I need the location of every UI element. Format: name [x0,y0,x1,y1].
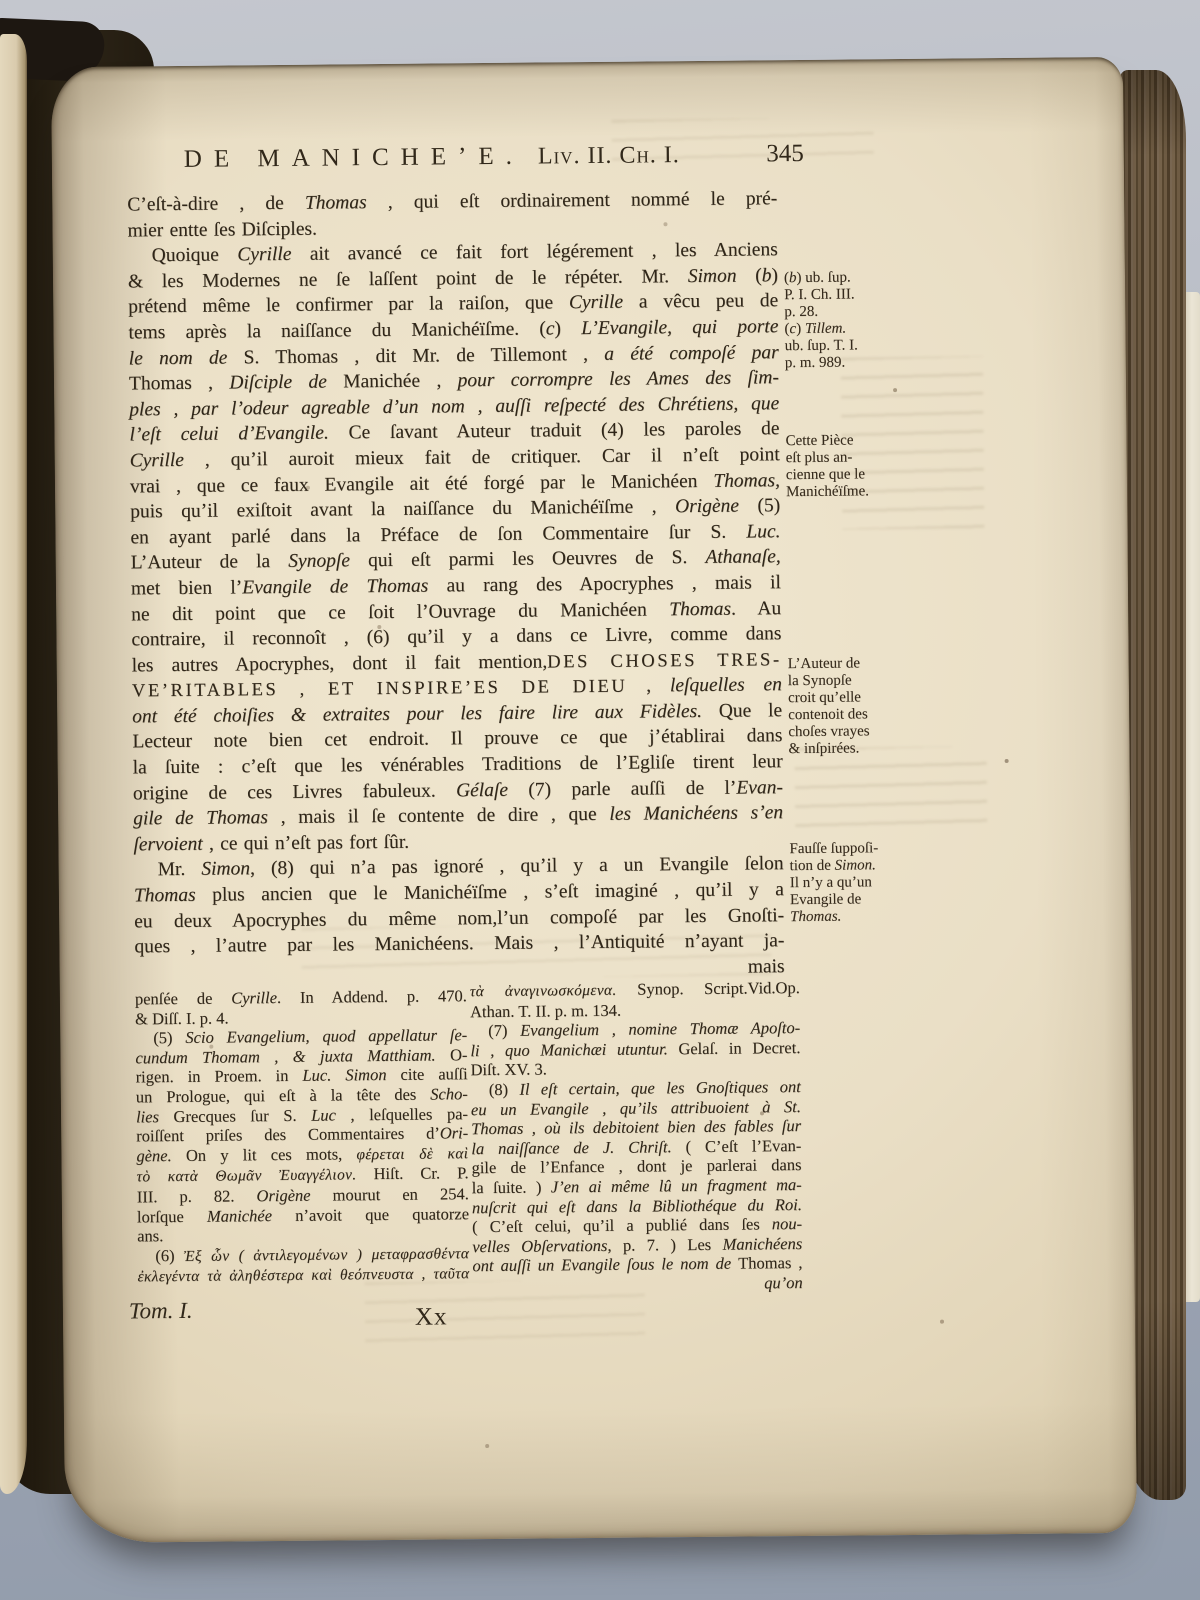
text-line: eſt plus an- [786,449,920,467]
page-content: DE MANICHE’E. Liv. II. Ch. I. 345 C’eſt-… [51,57,1137,1543]
text-line: L’Auteur de [788,655,922,673]
margin-note: Cette Pièceeſt plus an-cienne que leMani… [785,432,920,501]
text-line: Cette Pièce [785,432,919,450]
text-line: penſée de Cyrille. In Addend. p. 470. [135,986,467,1009]
book-photograph: DE MANICHE’E. Liv. II. Ch. I. 345 C’eſt-… [0,0,1200,1600]
text-line: li , quo Manichæi utuntur. Gelaſ. in Dec… [470,1038,800,1061]
margin-note: (c) Tillem.ub. ſup. T. I.p. m. 989. [784,320,918,372]
text-line: p. m. 989. [785,354,919,372]
footnotes-column-left: penſée de Cyrille. In Addend. p. 470.& D… [135,986,470,1287]
text-line: Il n’y a qu’un [790,874,924,892]
margin-note: Fauſſe ſuppoſi-tion de Simon.Il n’y a qu… [789,840,924,926]
text-line: ub. ſup. T. I. [785,337,919,355]
text-line: lorſque Manichée n’avoit que quatorze [137,1204,469,1227]
text-line: croit qu’elle [788,689,922,707]
text-line: Manichéïſme. [786,483,920,501]
text-line: Fauſſe ſuppoſi- [789,840,923,858]
text-line: ἐκλεγέντα τὰ ἀληθέστερα καὶ θεόπνευστα ,… [137,1264,469,1288]
text-line: p. 28. [784,303,918,321]
text-line: qu’on [473,1273,803,1296]
footnotes-column-right: τὰ ἀναγινωσκόμενα. Synop. Script.Vid.Op.… [470,978,803,1296]
text-line: (c) Tillem. [784,320,918,338]
text-line: la Synopſe [788,672,922,690]
margin-note: L’Auteur dela Synopſecroit qu’elleconten… [788,655,923,758]
signature-mark: Xx [415,1303,448,1331]
facing-page-edge [0,34,27,1494]
book-page: DE MANICHE’E. Liv. II. Ch. I. 345 C’eſt-… [51,57,1137,1543]
text-line: τὰ ἀναγινωσκόμενα. Synop. Script.Vid.Op. [470,978,800,1002]
text-line: contenoit des [788,706,922,724]
volume-label: Tom. I. [129,1298,193,1325]
text-line: choſes vrayes [788,723,922,741]
text-line: ont auſſi un Evangile ſous le nom de Tho… [472,1253,802,1276]
text-line: & inſpirées. [788,740,922,758]
text-line: Evangile de [790,891,924,909]
text-line: (b) ub. ſup. [784,269,918,287]
text-line: tion de Simon. [790,857,924,875]
text-line: P. I. Ch. III. [784,286,918,304]
margin-note: (b) ub. ſup.P. I. Ch. III.p. 28. [784,269,918,321]
margin-notes-column: (b) ub. ſup.P. I. Ch. III.p. 28.(c) Till… [51,57,1137,1543]
text-line: cienne que le [786,466,920,484]
text-line: Thomas. [790,908,924,926]
